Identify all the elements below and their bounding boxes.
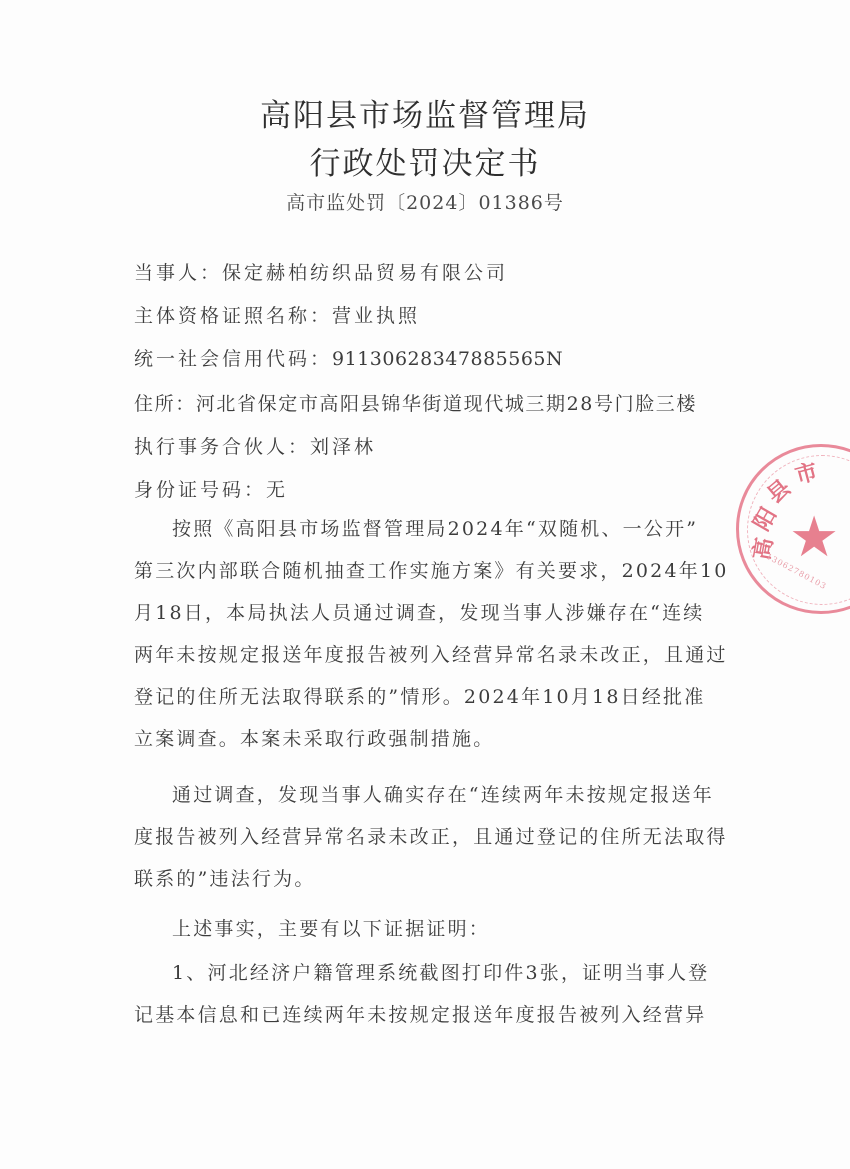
official-seal: 高 阳 县 市 ★ 13062780103 <box>736 444 850 614</box>
paragraph-line: 按照《高阳县市场监督管理局2024年“双随机、一公开” <box>134 508 724 550</box>
address-value: 河北省保定市高阳县锦华街道现代城三期28号门脸三楼 <box>196 393 697 415</box>
document-title: 行政处罚决定书 <box>0 138 850 183</box>
paragraph-line: 两年未按规定报送年度报告被列入经营异常名录未改正，且通过 <box>134 634 724 676</box>
paragraph-line: 1、河北经济户籍管理系统截图打印件3张，证明当事人登 <box>134 952 724 994</box>
address-label: 住所： <box>134 393 196 415</box>
paragraph-line: 记基本信息和已连续两年未按规定报送年度报告被列入经营异 <box>134 994 724 1036</box>
document-number: 高市监处罚〔2024〕01386号 <box>0 188 850 215</box>
evidence-intro-paragraph: 上述事实，主要有以下证据证明： <box>134 908 724 950</box>
id-number-label: 身份证号码： <box>134 479 266 501</box>
paragraph-line: 度报告被列入经营异常名录未改正，且通过登记的住所无法取得 <box>134 816 724 858</box>
findings-paragraph: 通过调查，发现当事人确实存在“连续两年未按规定报送年 度报告被列入经营异常名录未… <box>134 774 724 900</box>
partner-label: 执行事务合伙人： <box>134 436 310 458</box>
issuer-title: 高阳县市场监督管理局 <box>0 90 850 135</box>
paragraph-line: 上述事实，主要有以下证据证明： <box>134 908 724 950</box>
party-name-value: 保定赫柏纺织品贸易有限公司 <box>222 262 508 284</box>
paragraph-line: 登记的住所无法取得联系的”情形。2024年10月18日经批准 <box>134 676 724 718</box>
evidence-item-1: 1、河北经济户籍管理系统截图打印件3张，证明当事人登 记基本信息和已连续两年未按… <box>134 952 724 1036</box>
paragraph-line: 月18日，本局执法人员通过调查，发现当事人涉嫌存在“连续 <box>134 592 724 634</box>
party-name-label: 当事人： <box>134 262 222 284</box>
address-field: 住所：河北省保定市高阳县锦华街道现代城三期28号门脸三楼 <box>134 389 697 416</box>
license-field: 主体资格证照名称：营业执照 <box>134 301 420 328</box>
party-name-field: 当事人：保定赫柏纺织品贸易有限公司 <box>134 258 508 285</box>
paragraph-line: 立案调查。本案未采取行政强制措施。 <box>134 718 724 760</box>
paragraph-line: 第三次内部联合随机抽查工作实施方案》有关要求，2024年10 <box>134 550 724 592</box>
credit-code-field: 统一社会信用代码：91130628347885565N <box>134 344 563 371</box>
case-origin-paragraph: 按照《高阳县市场监督管理局2024年“双随机、一公开” 第三次内部联合随机抽查工… <box>134 508 724 760</box>
paragraph-line: 联系的”违法行为。 <box>134 858 724 900</box>
paragraph-line: 通过调查，发现当事人确实存在“连续两年未按规定报送年 <box>134 774 724 816</box>
credit-code-label: 统一社会信用代码： <box>134 348 332 370</box>
document-page: 高阳县市场监督管理局 行政处罚决定书 高市监处罚〔2024〕01386号 当事人… <box>0 0 850 1169</box>
license-value: 营业执照 <box>332 305 420 327</box>
license-label: 主体资格证照名称： <box>134 305 332 327</box>
id-number-field: 身份证号码：无 <box>134 475 288 502</box>
credit-code-value: 91130628347885565N <box>332 348 563 370</box>
partner-field: 执行事务合伙人：刘泽林 <box>134 432 376 459</box>
partner-value: 刘泽林 <box>310 436 376 458</box>
seal-star-icon: ★ <box>789 505 839 570</box>
id-number-value: 无 <box>266 479 288 501</box>
